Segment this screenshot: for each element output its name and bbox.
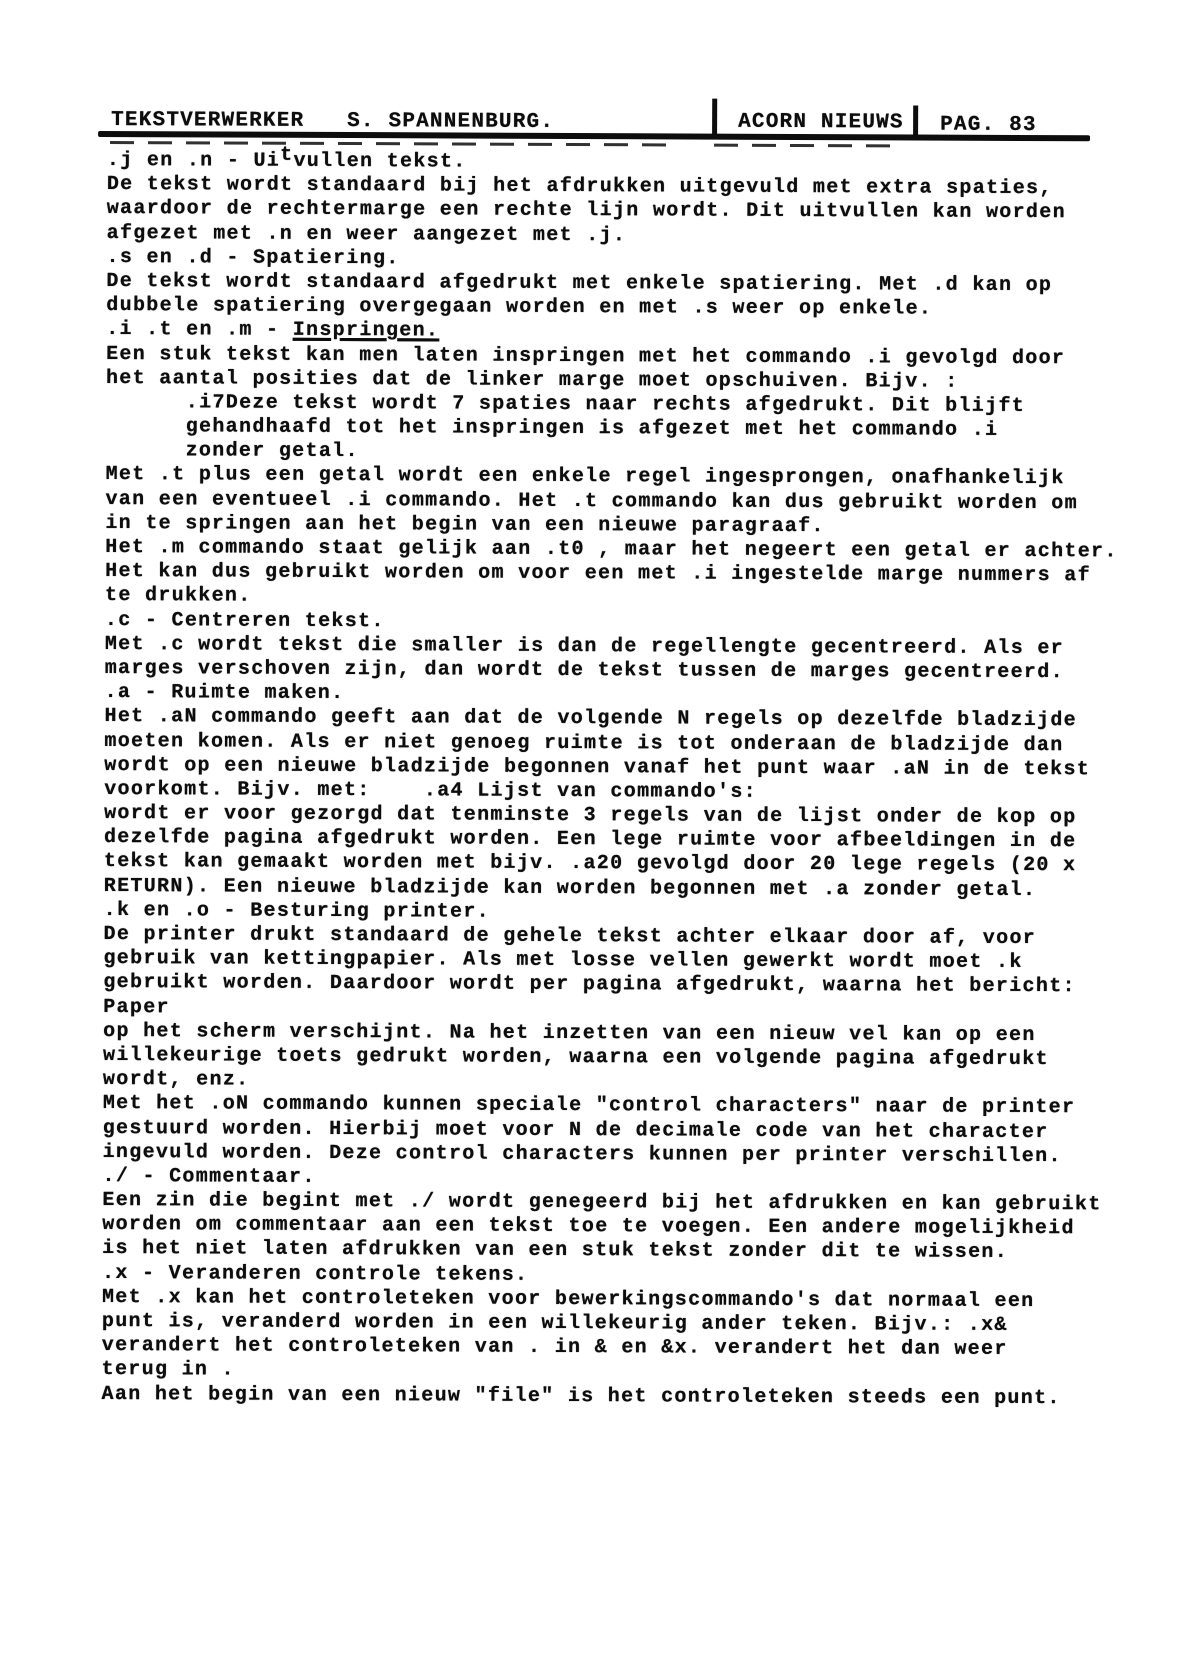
scan-artifact-dashes	[714, 144, 899, 148]
text-line: willekeurige toets gedrukt worden, waarn…	[103, 1044, 1116, 1073]
text-line: .i .t en .m - Inspringen.	[106, 318, 1119, 347]
raised-character: t	[280, 144, 293, 167]
text-line: Aan het begin van een nieuw "file" is he…	[102, 1383, 1115, 1412]
scanned-page: TEKSTVERWERKER S. SPANNENBURG. ACORN NIE…	[0, 0, 1177, 1669]
underlined-text: Inspringen.	[293, 319, 440, 343]
scan-artifact-dashes	[110, 141, 670, 146]
text-line: verandert het controleteken van . in & e…	[102, 1334, 1115, 1363]
text-line: Met het .oN commando kunnen speciale "co…	[103, 1092, 1116, 1121]
text-line: gebruikt worden. Daardoor wordt per pagi…	[103, 971, 1116, 1000]
text-line: Het kan dus gebruikt worden om voor een …	[105, 560, 1118, 589]
document-body: .j en .n - Uitvullen tekst.De tekst word…	[102, 149, 1120, 1411]
text-line: Het .aN commando geeft aan dat de volgen…	[104, 705, 1117, 734]
